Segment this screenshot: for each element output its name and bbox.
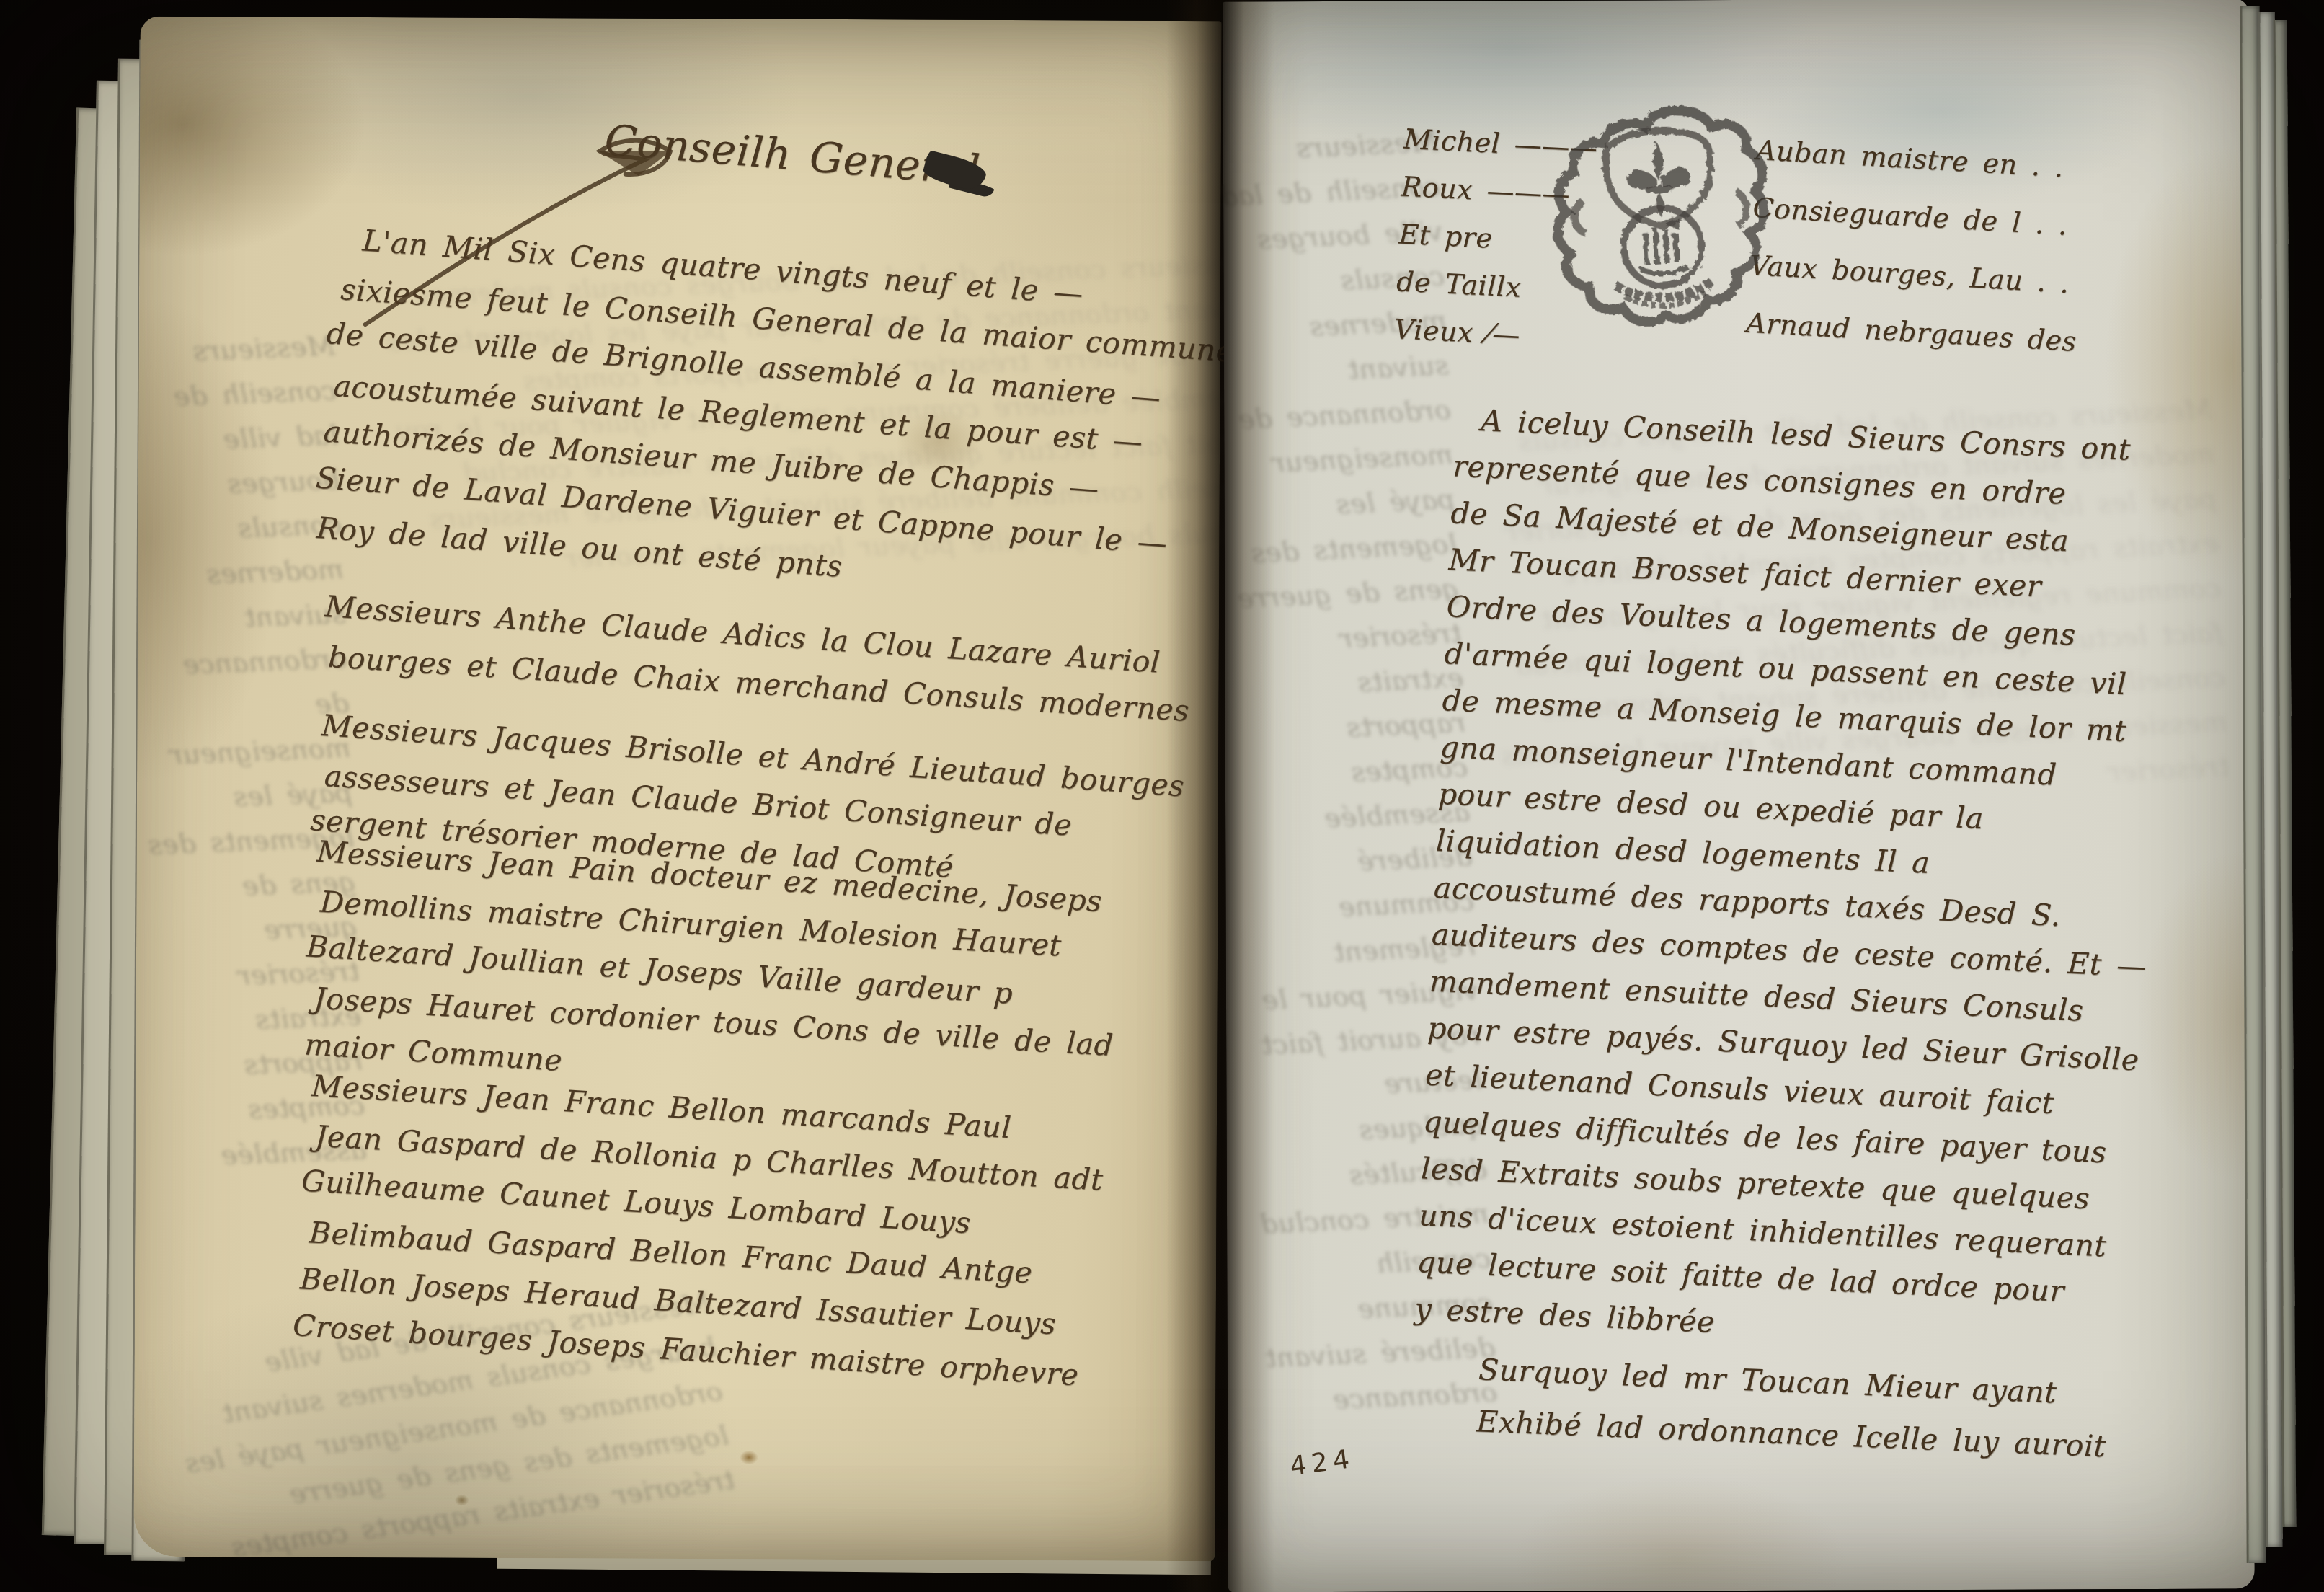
ink-spot xyxy=(455,1495,469,1506)
body-paragraph-deliberation: A iceluy Conseilh lesd Sieurs Consrs ont… xyxy=(1414,396,2170,1365)
paragraph-date-preamble: L'an Mil Six Cens quatre vingts neuf et … xyxy=(315,215,1233,619)
book-gutter-shadow xyxy=(1166,0,1274,1592)
fleur-de-lis-tax-stamp-icon xyxy=(1543,95,1779,338)
paragraph-notables: Messieurs Jean Franc Bellon marcands Pau… xyxy=(296,1062,1101,1399)
left-page: Messieurs conseilh de lad ville bourges … xyxy=(133,17,1221,1562)
folio-page-number: 424 xyxy=(1288,1444,1356,1482)
header-right-column: Auban maistre en . . Consieguarde de l .… xyxy=(1744,121,2088,371)
ink-spot xyxy=(740,1450,758,1464)
right-page: Messieurs conseilh de lad ville bourges … xyxy=(1223,0,2255,1592)
